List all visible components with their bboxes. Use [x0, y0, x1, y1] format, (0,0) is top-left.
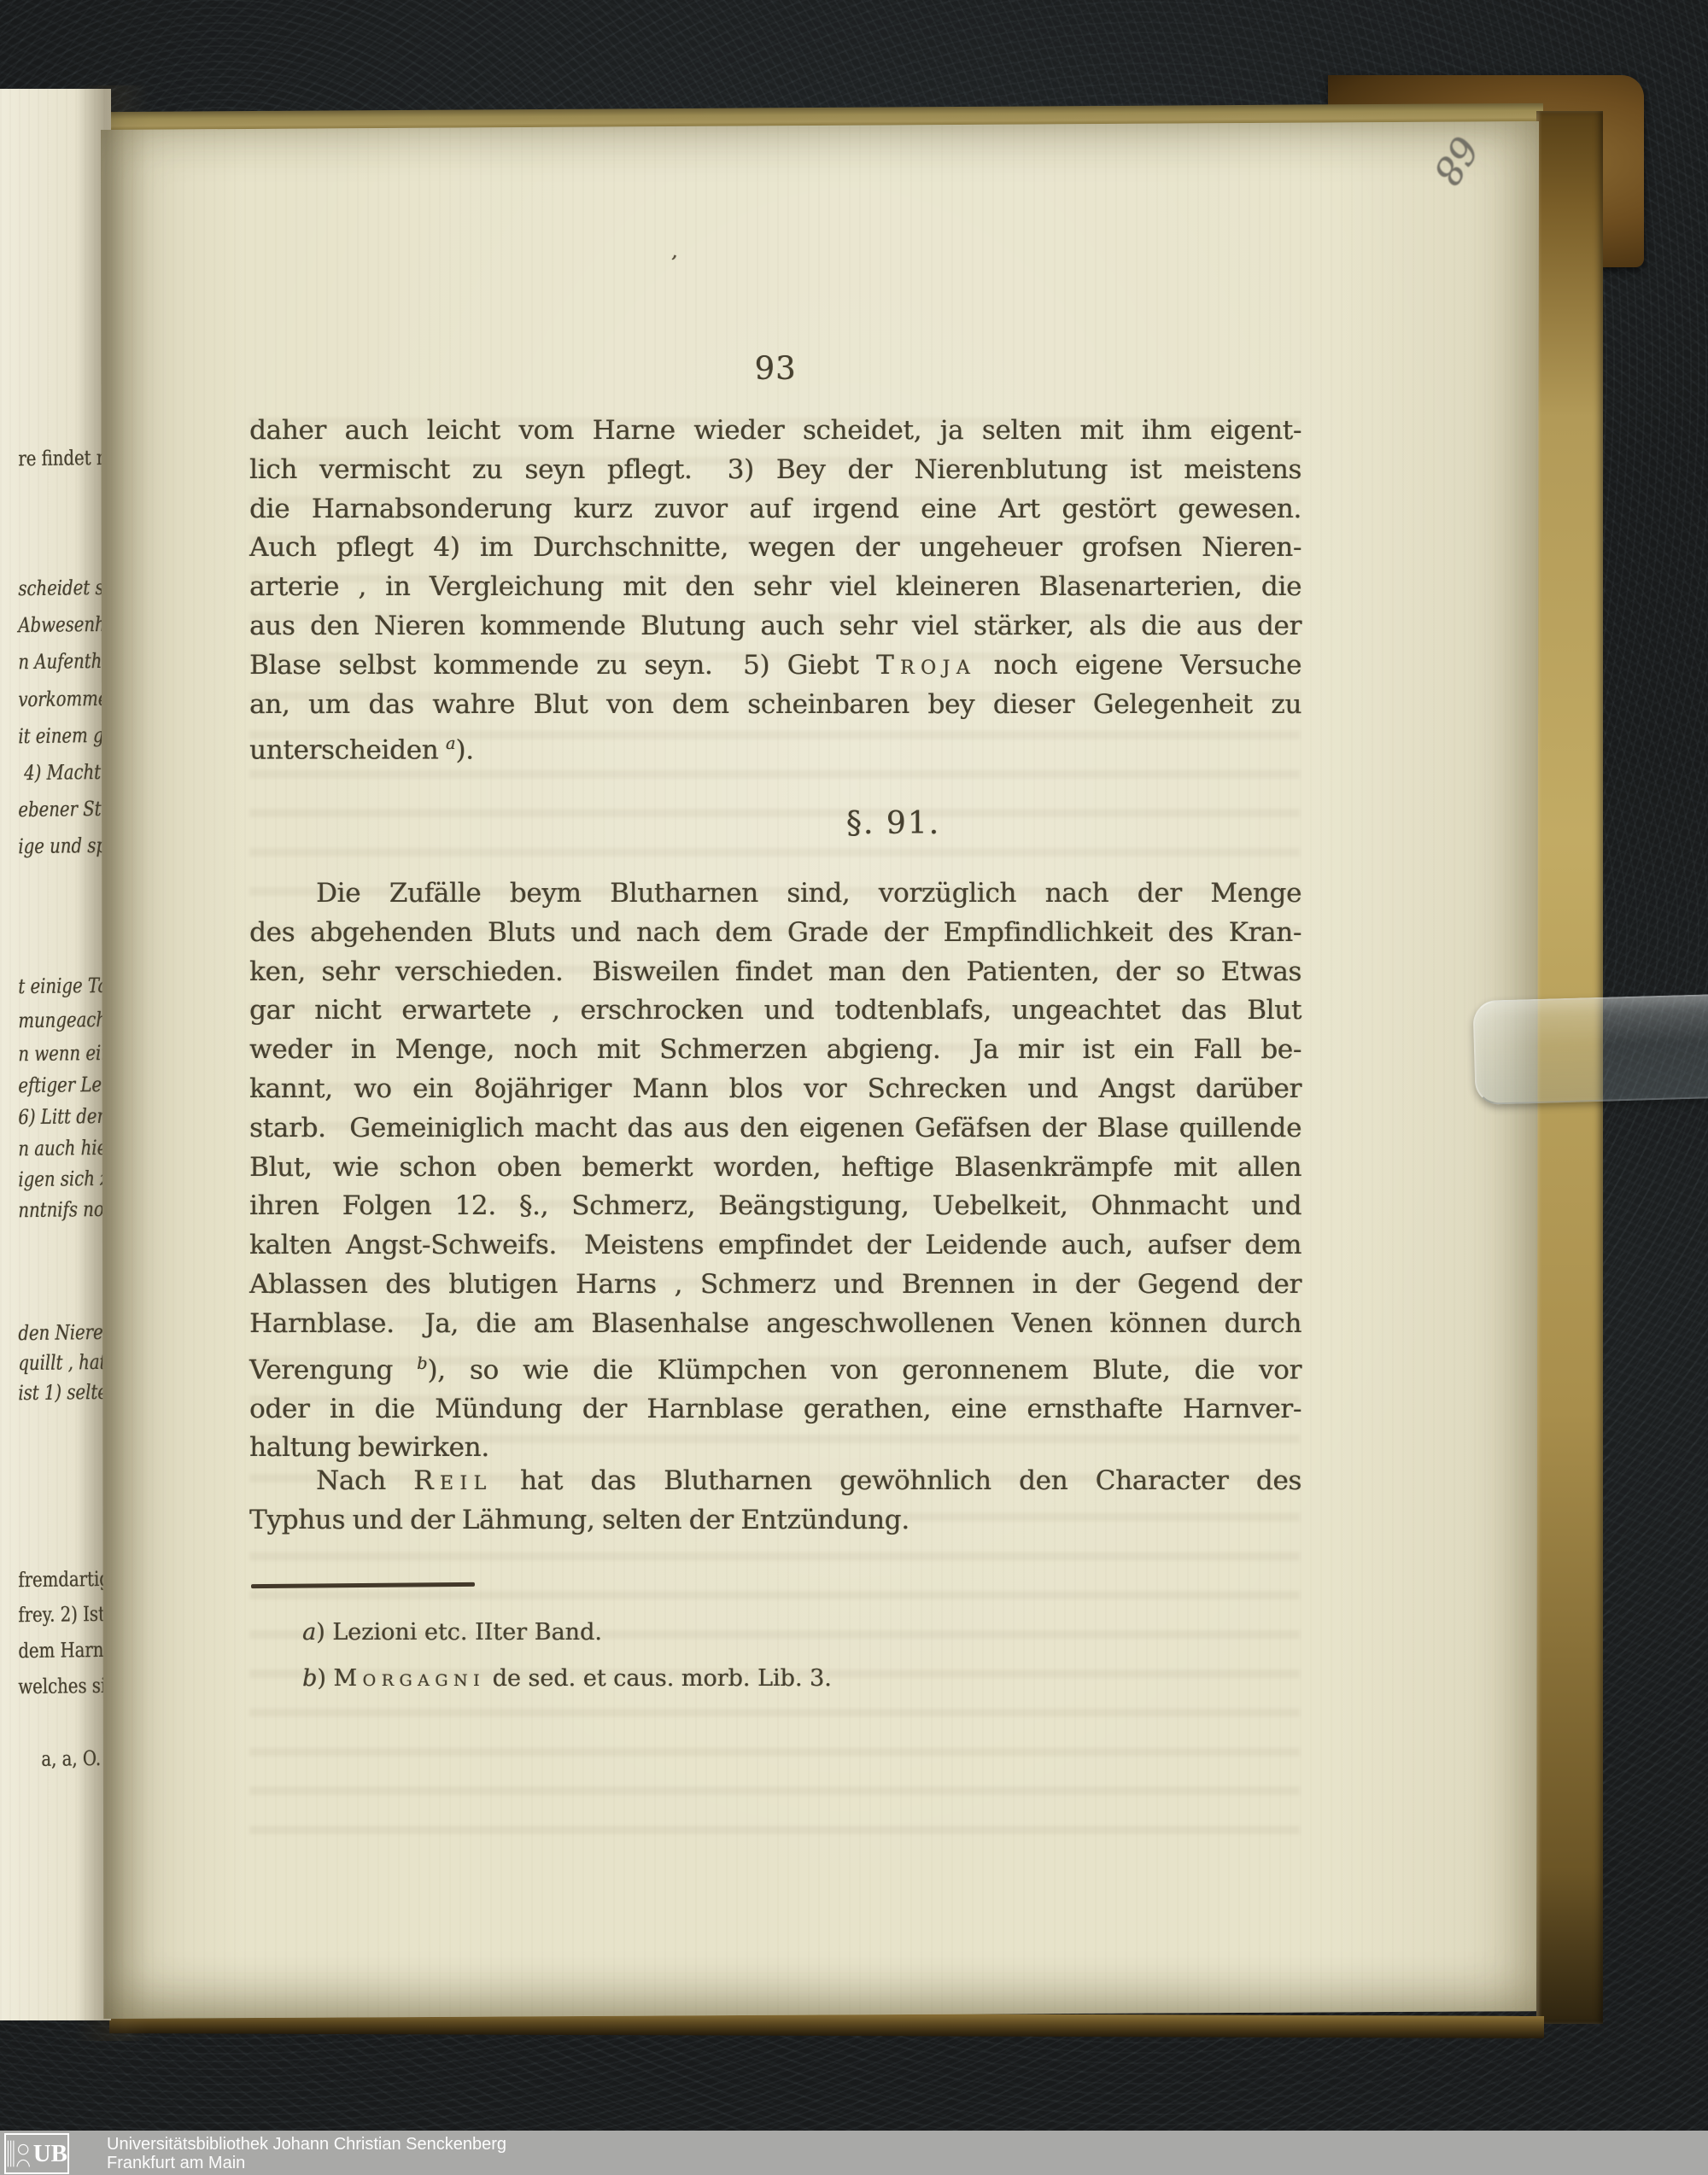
library-city: Frankfurt am Main — [107, 2154, 506, 2172]
text-line: oder in die Mündung der Harnblase gerath… — [249, 1390, 1301, 1430]
margin-fragment: a, a, O. — [18, 1746, 101, 1771]
margin-fragment: welches sich — [18, 1674, 101, 1698]
main-paragraph-2: Die Zufälle beym Blutharnen sind, vorzüg… — [249, 874, 1301, 1468]
text-line: aus den Nieren kommende Blutung auch seh… — [249, 607, 1301, 646]
margin-fragment: 6) Litt der — [18, 1104, 101, 1129]
text-line: die Harnabsonderung kurz zuvor auf irgen… — [249, 490, 1301, 529]
previous-page-edge: re findet manscheidet sichAbwesenheitn A… — [0, 89, 111, 2020]
margin-fragment: it einem ge. — [18, 723, 101, 748]
margin-fragment: 4) Macht — [18, 760, 101, 785]
text-line: Blut, wie schon oben bemerkt worden, hef… — [249, 1149, 1301, 1188]
text-line: a) Lezioni etc. IIter Band. — [302, 1617, 1242, 1648]
text-line: Ablassen des blutigen Harns , Schmerz un… — [249, 1266, 1301, 1305]
text-line: ihren Folgen 12. §., Schmerz, Beängstigu… — [249, 1187, 1301, 1226]
text-line: ken, sehr verschieden. Bisweilen findet … — [249, 953, 1301, 992]
margin-fragment: igen sich zu — [18, 1166, 101, 1191]
text-line: kannt, wo ein 8ojähriger Mann blos vor S… — [249, 1070, 1301, 1109]
book-scan: re findet manscheidet sichAbwesenheitn A… — [0, 0, 1708, 2175]
margin-fragment: re findet man — [18, 446, 101, 471]
handwritten-folio-number: 68 — [1424, 128, 1487, 192]
margin-fragment: dem Harne — [18, 1638, 101, 1663]
footnote-b: b) Morgagni de sed. et caus. morb. Lib. … — [302, 1663, 1242, 1694]
text-line: b) Morgagni de sed. et caus. morb. Lib. … — [302, 1663, 1242, 1694]
margin-fragment: den Nieren — [18, 1320, 101, 1345]
text-line: Typhus und der Lähmung, selten der Entzü… — [249, 1501, 1301, 1541]
margin-fragment: frey. 2) Ist — [18, 1602, 101, 1627]
margin-fragment: ige und spitze — [18, 833, 101, 858]
margin-fragment: quillt , hat — [18, 1350, 101, 1375]
section-heading: §. 91. — [367, 806, 1419, 841]
text-line: arterie , in Vergleichung mit den sehr v… — [249, 568, 1301, 607]
margin-fragment: Abwesenheit — [18, 612, 101, 637]
page-holder-strip — [1472, 994, 1708, 1105]
text-line: kalten Angst-Schweifs. Meistens empfinde… — [249, 1226, 1301, 1266]
main-paragraph-1: daher auch leicht vom Harne wieder schei… — [249, 412, 1301, 771]
page-number: 93 — [249, 350, 1301, 387]
margin-fragment: scheidet sich — [18, 576, 101, 600]
text-line: weder in Menge, noch mit Schmerzen abgie… — [249, 1031, 1301, 1070]
text-line: an, um das wahre Blut von dem scheinbare… — [249, 686, 1301, 725]
text-line: lich vermischt zu seyn pflegt. 3) Bey de… — [249, 451, 1301, 490]
margin-fragment: mungeachtet — [18, 1008, 101, 1032]
margin-fragment: fremdartigen — [18, 1567, 101, 1592]
ub-logo-initials: UB — [33, 2142, 67, 2166]
footnote-a: a) Lezioni etc. IIter Band. — [302, 1617, 1242, 1648]
text-line: des abgehenden Bluts und nach dem Grade … — [249, 914, 1301, 953]
margin-fragment: eftiger Lei- — [18, 1073, 101, 1097]
ink-speck: ’ — [667, 251, 678, 276]
library-name-block: Universitätsbibliothek Johann Christian … — [107, 2135, 506, 2172]
margin-fragment: n auch hier — [18, 1136, 101, 1161]
ub-logo: UB — [4, 2133, 69, 2174]
text-line: Harnblase. Ja, die am Blasenhalse angesc… — [249, 1305, 1301, 1344]
text-line: unterscheiden a). — [249, 724, 1301, 770]
margin-fragment: nntnifs noch — [18, 1197, 101, 1222]
text-line: Die Zufälle beym Blutharnen sind, vorzüg… — [249, 874, 1301, 914]
main-paragraph-3: Nach Reil hat das Blutharnen gewöhnlich … — [249, 1462, 1301, 1541]
text-line: daher auch leicht vom Harne wieder schei… — [249, 412, 1301, 451]
text-line: Auch pflegt 4) im Durchschnitte, wegen d… — [249, 529, 1301, 568]
margin-fragment: n Aufenthalt — [18, 649, 101, 674]
margin-fragment: ist 1) selten, — [18, 1380, 101, 1405]
margin-fragment: n wenn ein — [18, 1041, 101, 1066]
margin-fragment: t einige Tage — [18, 973, 101, 998]
book-page: ’ 93 daher auch leicht vom Harne wieder … — [101, 121, 1539, 2019]
library-footer: UB Universitätsbibliothek Johann Christi… — [0, 2131, 1708, 2175]
text-line: Verengung b), so wie die Klümpchen von g… — [249, 1344, 1301, 1390]
footnote-separator — [251, 1582, 475, 1588]
text-line: Nach Reil hat das Blutharnen gewöhnlich … — [249, 1462, 1301, 1501]
text-line: Blase selbst kommende zu seyn. 5) Giebt … — [249, 646, 1301, 686]
ub-logo-icon — [6, 2137, 32, 2171]
margin-fragment: vorkommen. — [18, 687, 101, 711]
text-line: gar nicht erwartete , erschrocken und to… — [249, 991, 1301, 1031]
text-line: starb. Gemeiniglich macht das aus den ei… — [249, 1109, 1301, 1149]
margin-fragment: ebener Stein — [18, 797, 101, 821]
library-name: Universitätsbibliothek Johann Christian … — [107, 2135, 506, 2154]
